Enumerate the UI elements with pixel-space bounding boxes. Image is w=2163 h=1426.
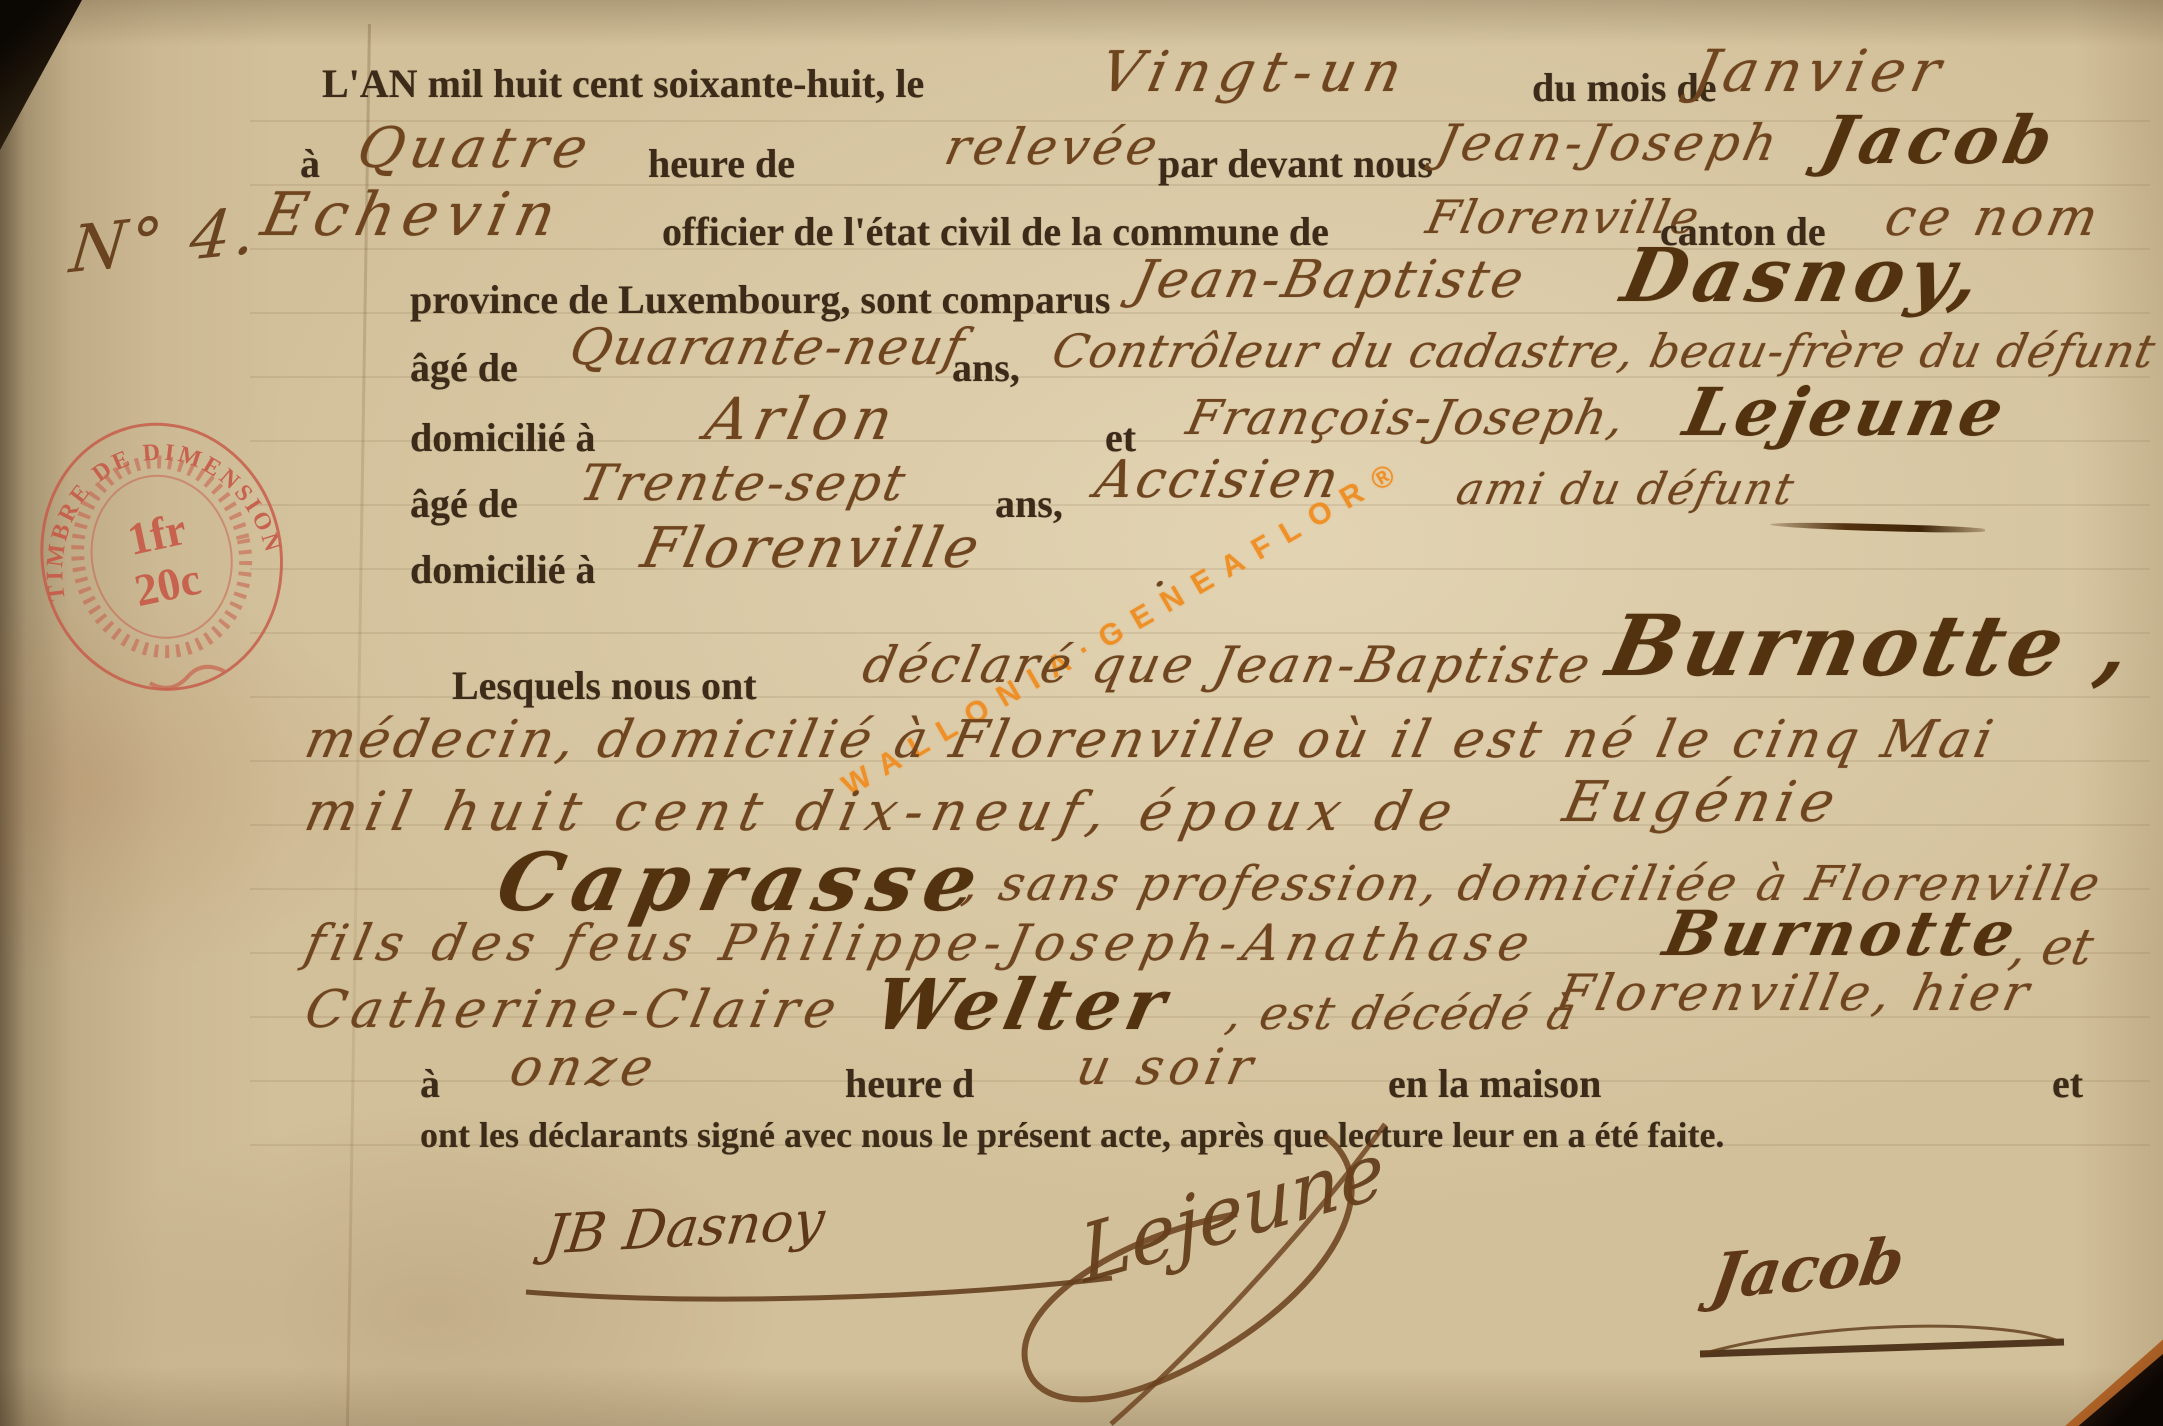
page-corner-shadow-top-left <box>0 0 82 150</box>
printed-at-label-2: à <box>420 1062 440 1106</box>
signature-dasnoy: JB Dasnoy <box>541 1188 828 1266</box>
death-phrase: , est décédé à <box>1222 988 1582 1039</box>
printed-years-label-1: ans, <box>952 346 1020 390</box>
act-number: N° 4. <box>67 193 263 288</box>
printed-province-phrase: province de Luxembourg, sont comparus <box>410 278 1110 322</box>
mother-surname: Welter <box>868 966 1178 1043</box>
declarant1-quality: Contrôleur du cadastre, beau-frère du dé… <box>1048 326 2160 377</box>
printed-domiciled-label-1: domicilié à <box>410 416 596 460</box>
signature-dasnoy-underline <box>520 1272 1120 1308</box>
signature-jacob-underline <box>1692 1318 2082 1366</box>
printed-and-label-2: et <box>2052 1062 2083 1106</box>
signature-jacob: Jacob <box>1706 1223 1909 1314</box>
declarant1-firstnames: Jean-Baptiste <box>1128 252 1531 309</box>
spouse-firstname: Eugénie <box>1558 772 1846 834</box>
declarant2-firstnames: François-Joseph, <box>1182 392 1631 445</box>
entry-session: relevée <box>940 120 1166 175</box>
declarant1-domicile: Arlon <box>700 388 904 452</box>
printed-declaration-opening: Lesquels nous ont <box>452 664 757 708</box>
printed-aged-label-1: âgé de <box>410 346 518 390</box>
officiant-surname: Jacob <box>1815 104 2065 177</box>
mother-firstnames: Catherine-Claire <box>300 982 847 1039</box>
deceased-birthyear-spouse-intro: mil huit cent dix-neuf, époux de <box>300 782 1467 841</box>
entry-month: Janvier <box>1688 40 1952 104</box>
declarant2-profession: Accisien <box>1090 452 1346 509</box>
father-surname: Burnotte <box>1658 900 2026 968</box>
declarant2-domicile: Florenville <box>636 518 987 580</box>
ink-flourish-dash <box>1770 521 1985 534</box>
entry-day: Vingt-un <box>1095 42 1415 104</box>
printed-aged-label-2: âgé de <box>410 482 518 526</box>
printed-hour-label-2: heure d <box>845 1062 974 1106</box>
death-record-page: N° 4. TIMBRE DE DIMENSION. 1fr 20c WALLO… <box>0 0 2163 1426</box>
deceased-details-profession-birth: médecin, domicilié à Florenville où il e… <box>300 712 2001 769</box>
printed-civil-officer: officier de l'état civil de la commune d… <box>662 210 1329 254</box>
officiant-title: Echevin <box>256 182 569 248</box>
declarant1-age: Quarante-neuf <box>565 320 971 375</box>
printed-before-us: par devant nous <box>1158 142 1433 186</box>
printed-closing-phrase: ont les déclarants signé avec nous le pr… <box>420 1116 1724 1156</box>
printed-hour-label: heure de <box>648 142 795 186</box>
timbre-stamp: TIMBRE DE DIMENSION. 1fr 20c <box>0 375 326 724</box>
death-hour-suffix: u soir <box>1072 1040 1263 1095</box>
declarant1-surname: Dasnoy, <box>1615 236 1993 317</box>
printed-domiciled-label-2: domicilié à <box>410 548 596 592</box>
deceased-surname: Burnotte , <box>1600 600 2143 692</box>
printed-house-label: en la maison <box>1388 1062 1601 1106</box>
spouse-surname: Caprasse <box>490 838 995 926</box>
declarant2-age: Trente-sept <box>575 456 913 511</box>
entry-hour: Quatre <box>352 118 599 180</box>
printed-years-label-2: ans, <box>995 482 1063 526</box>
officiant-firstnames: Jean-Joseph <box>1432 116 1786 171</box>
death-hour: onze <box>505 1040 664 1097</box>
printed-year-phrase: L'AN mil huit cent soixante-huit, le <box>322 62 924 106</box>
death-place: Florenville, hier <box>1552 966 2037 1021</box>
declarant2-relation: ami du défunt <box>1452 466 1800 514</box>
declaration-phrase: déclaré que Jean-Baptiste <box>858 638 1598 693</box>
declarant2-surname: Lejeune <box>1678 376 2014 449</box>
